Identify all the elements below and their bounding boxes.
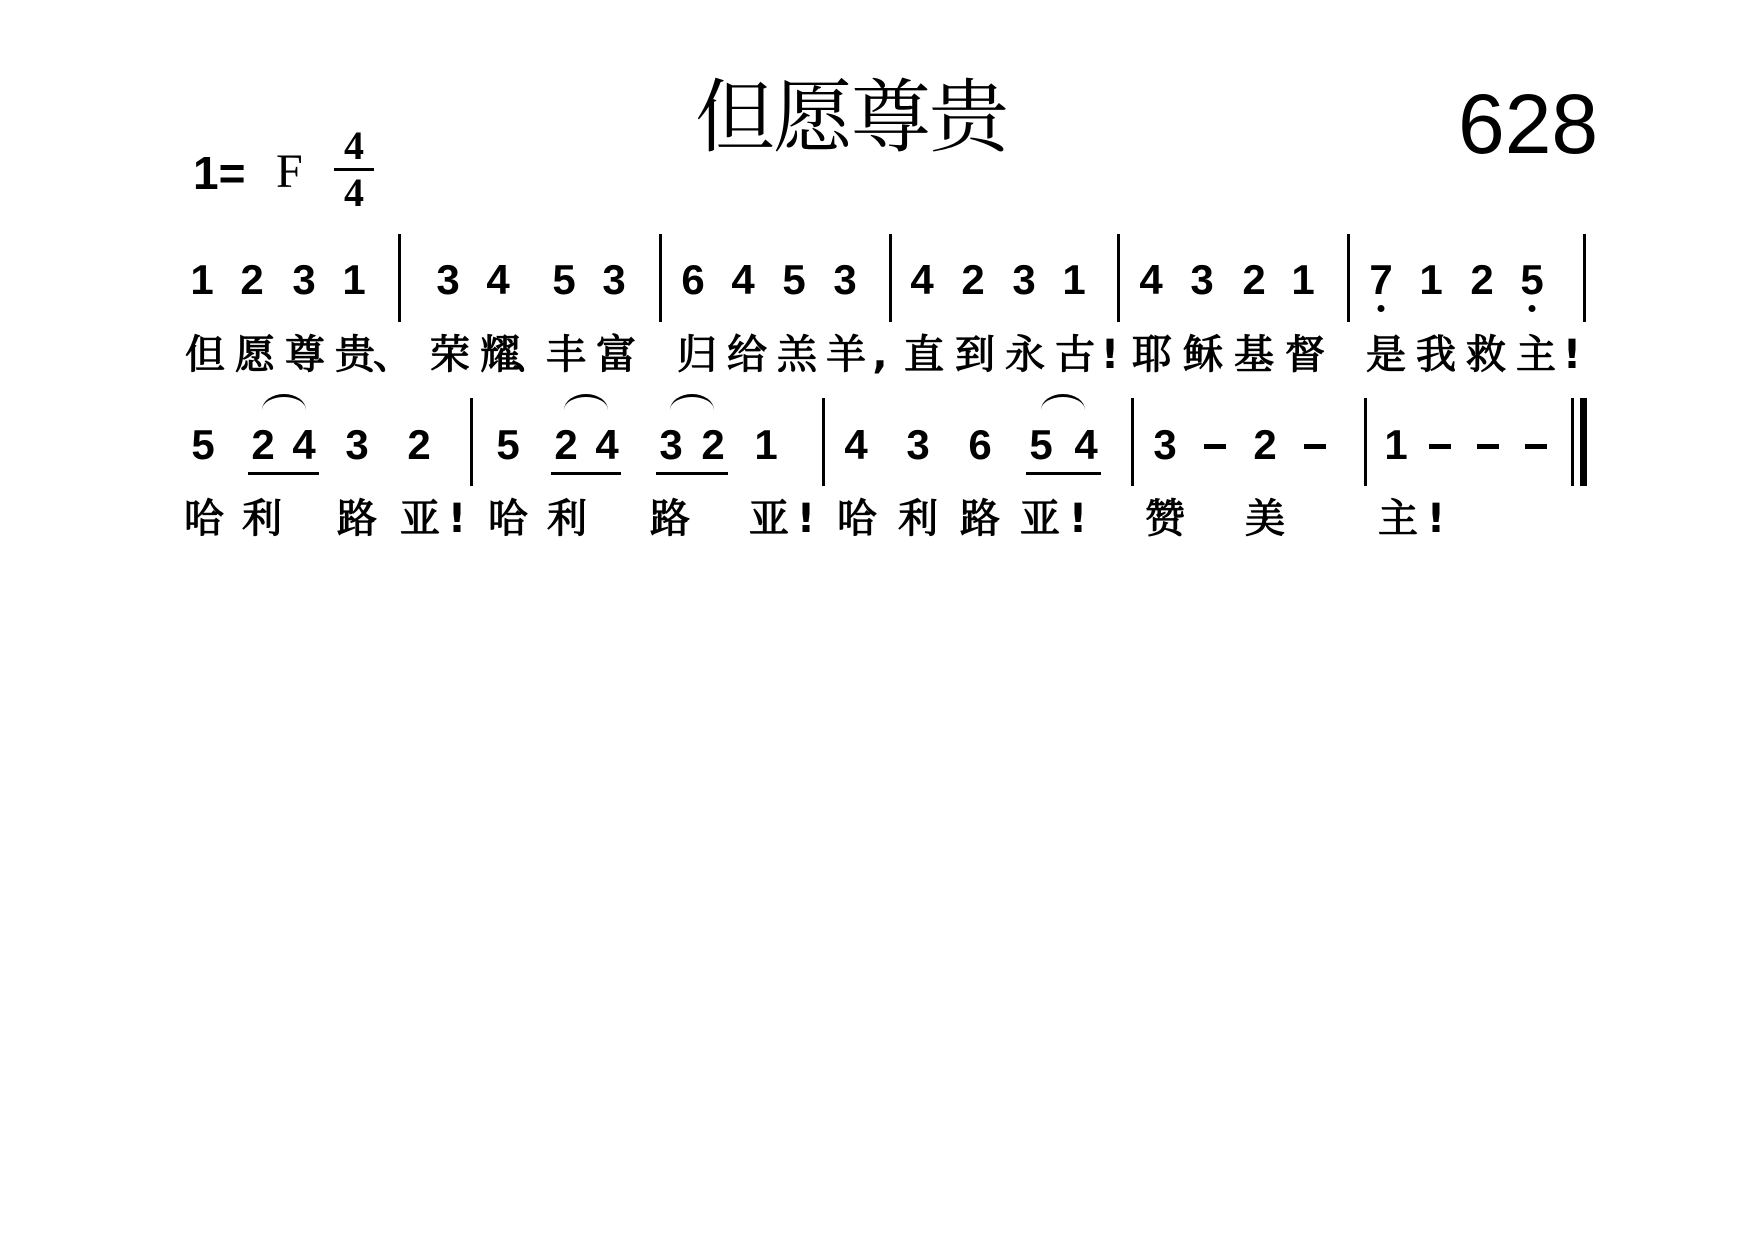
note: 2 xyxy=(698,424,728,466)
key-signature-letter: F xyxy=(276,148,303,196)
lyric-char: ! xyxy=(1101,335,1119,375)
barline xyxy=(1583,234,1586,322)
lyric-char: 路 xyxy=(650,499,690,539)
note: 3 xyxy=(830,259,860,301)
note: 5 xyxy=(188,424,218,466)
eighth-note-underline xyxy=(248,472,319,475)
note: 4 xyxy=(289,424,319,466)
lyric-char: 路 xyxy=(337,499,377,539)
note: 2 xyxy=(248,424,278,466)
sustain-dash xyxy=(1525,444,1547,449)
note: 3 xyxy=(1009,259,1039,301)
lyric-char: 羊 xyxy=(826,335,866,375)
note: 4 xyxy=(841,424,871,466)
sustain-dash xyxy=(1477,444,1499,449)
note: 4 xyxy=(592,424,622,466)
lyric-char: 但 xyxy=(185,335,225,375)
hymn-number: 628 xyxy=(1458,82,1598,166)
lyric-char: ! xyxy=(797,499,815,539)
lyric-char: 利 xyxy=(898,499,938,539)
low-octave-dot xyxy=(1529,305,1536,312)
note: 3 xyxy=(656,424,686,466)
lyric-char: ! xyxy=(448,499,466,539)
lyric-char: 主 xyxy=(1516,335,1556,375)
lyric-char: 赞 xyxy=(1145,499,1185,539)
barline xyxy=(470,398,473,486)
lyric-char: 富 xyxy=(596,335,636,375)
note: 1 xyxy=(1381,424,1411,466)
lyric-char: 愿 xyxy=(235,335,275,375)
note: 5 xyxy=(493,424,523,466)
note: 2 xyxy=(1239,259,1269,301)
note: 4 xyxy=(483,259,513,301)
lyric-char: ! xyxy=(1069,499,1087,539)
barline xyxy=(1347,234,1350,322)
eighth-note-underline xyxy=(1026,472,1101,475)
lyric-char: 归 xyxy=(677,335,717,375)
lyric-char: 救 xyxy=(1466,335,1506,375)
slur-arc xyxy=(670,394,714,410)
note: 3 xyxy=(289,259,319,301)
slur-arc xyxy=(262,394,306,410)
lyric-char: 古 xyxy=(1055,335,1095,375)
note: 2 xyxy=(1250,424,1280,466)
eighth-note-underline xyxy=(656,472,728,475)
lyric-char: 亚 xyxy=(1020,499,1060,539)
sustain-dash xyxy=(1204,444,1226,449)
lyric-char: 美 xyxy=(1245,499,1285,539)
lyric-char: 我 xyxy=(1416,335,1456,375)
lyric-char: 贵 xyxy=(335,335,375,375)
note: 1 xyxy=(187,259,217,301)
lyric-char: ! xyxy=(1563,335,1581,375)
note: 3 xyxy=(1150,424,1180,466)
lyric-char: 荣 xyxy=(430,335,470,375)
lyric-char: 哈 xyxy=(184,499,224,539)
lyric-char: 哈 xyxy=(488,499,528,539)
note: 6 xyxy=(965,424,995,466)
note: 1 xyxy=(1416,259,1446,301)
note: 1 xyxy=(1059,259,1089,301)
sustain-dash xyxy=(1429,444,1451,449)
hymn-title: 但愿尊贵 xyxy=(695,78,1007,158)
barline xyxy=(1117,234,1120,322)
lyric-char: 亚 xyxy=(749,499,789,539)
note: 2 xyxy=(404,424,434,466)
barline xyxy=(398,234,401,322)
barline xyxy=(1131,398,1134,486)
note: 5 xyxy=(779,259,809,301)
note: 2 xyxy=(1467,259,1497,301)
lyric-char: 主 xyxy=(1378,499,1418,539)
lyric-char: , xyxy=(872,335,887,375)
note: 3 xyxy=(433,259,463,301)
lyric-char: 丰 xyxy=(546,335,586,375)
note: 1 xyxy=(751,424,781,466)
eighth-note-underline xyxy=(551,472,621,475)
note: 3 xyxy=(1187,259,1217,301)
lyric-char: 给 xyxy=(727,335,767,375)
note: 6 xyxy=(678,259,708,301)
lyric-char: 督 xyxy=(1285,335,1325,375)
time-signature: 4 4 xyxy=(334,126,374,213)
note: 5 xyxy=(549,259,579,301)
slur-arc xyxy=(564,394,608,410)
note: 2 xyxy=(237,259,267,301)
note: 3 xyxy=(342,424,372,466)
lyric-char: 利 xyxy=(547,499,587,539)
lyric-char: 到 xyxy=(955,335,995,375)
note: 2 xyxy=(958,259,988,301)
final-barline-thick xyxy=(1580,398,1587,486)
lyric-char: 永 xyxy=(1005,335,1045,375)
final-barline-thin xyxy=(1571,398,1574,486)
low-octave-dot xyxy=(1378,305,1385,312)
slur-arc xyxy=(1041,394,1085,410)
lyric-char: 利 xyxy=(242,499,282,539)
sustain-dash xyxy=(1304,444,1326,449)
barline xyxy=(659,234,662,322)
note: 1 xyxy=(339,259,369,301)
lyric-char: 耶 xyxy=(1132,335,1172,375)
lyric-char: 哈 xyxy=(837,499,877,539)
note: 4 xyxy=(728,259,758,301)
lyric-char: 、 xyxy=(373,335,413,375)
lyric-char: 是 xyxy=(1366,335,1406,375)
lyric-char: 直 xyxy=(904,335,944,375)
note: 2 xyxy=(551,424,581,466)
note: 3 xyxy=(903,424,933,466)
barline xyxy=(889,234,892,322)
note: 5 xyxy=(1517,259,1547,301)
note: 7 xyxy=(1366,259,1396,301)
lyric-char: 稣 xyxy=(1183,335,1223,375)
lyric-char: 亚 xyxy=(400,499,440,539)
note: 5 xyxy=(1026,424,1056,466)
lyric-char: ! xyxy=(1427,499,1445,539)
key-signature-prefix: 1= xyxy=(193,150,245,196)
barline xyxy=(822,398,825,486)
barline xyxy=(1364,398,1367,486)
note: 4 xyxy=(1136,259,1166,301)
note: 4 xyxy=(907,259,937,301)
lyric-char: 羔 xyxy=(777,335,817,375)
note: 4 xyxy=(1071,424,1101,466)
lyric-char: 基 xyxy=(1234,335,1274,375)
lyric-char: 路 xyxy=(960,499,1000,539)
lyric-char: 尊 xyxy=(285,335,325,375)
note: 3 xyxy=(599,259,629,301)
note: 1 xyxy=(1288,259,1318,301)
time-signature-top: 4 xyxy=(334,126,374,166)
time-signature-bottom: 4 xyxy=(334,173,374,213)
